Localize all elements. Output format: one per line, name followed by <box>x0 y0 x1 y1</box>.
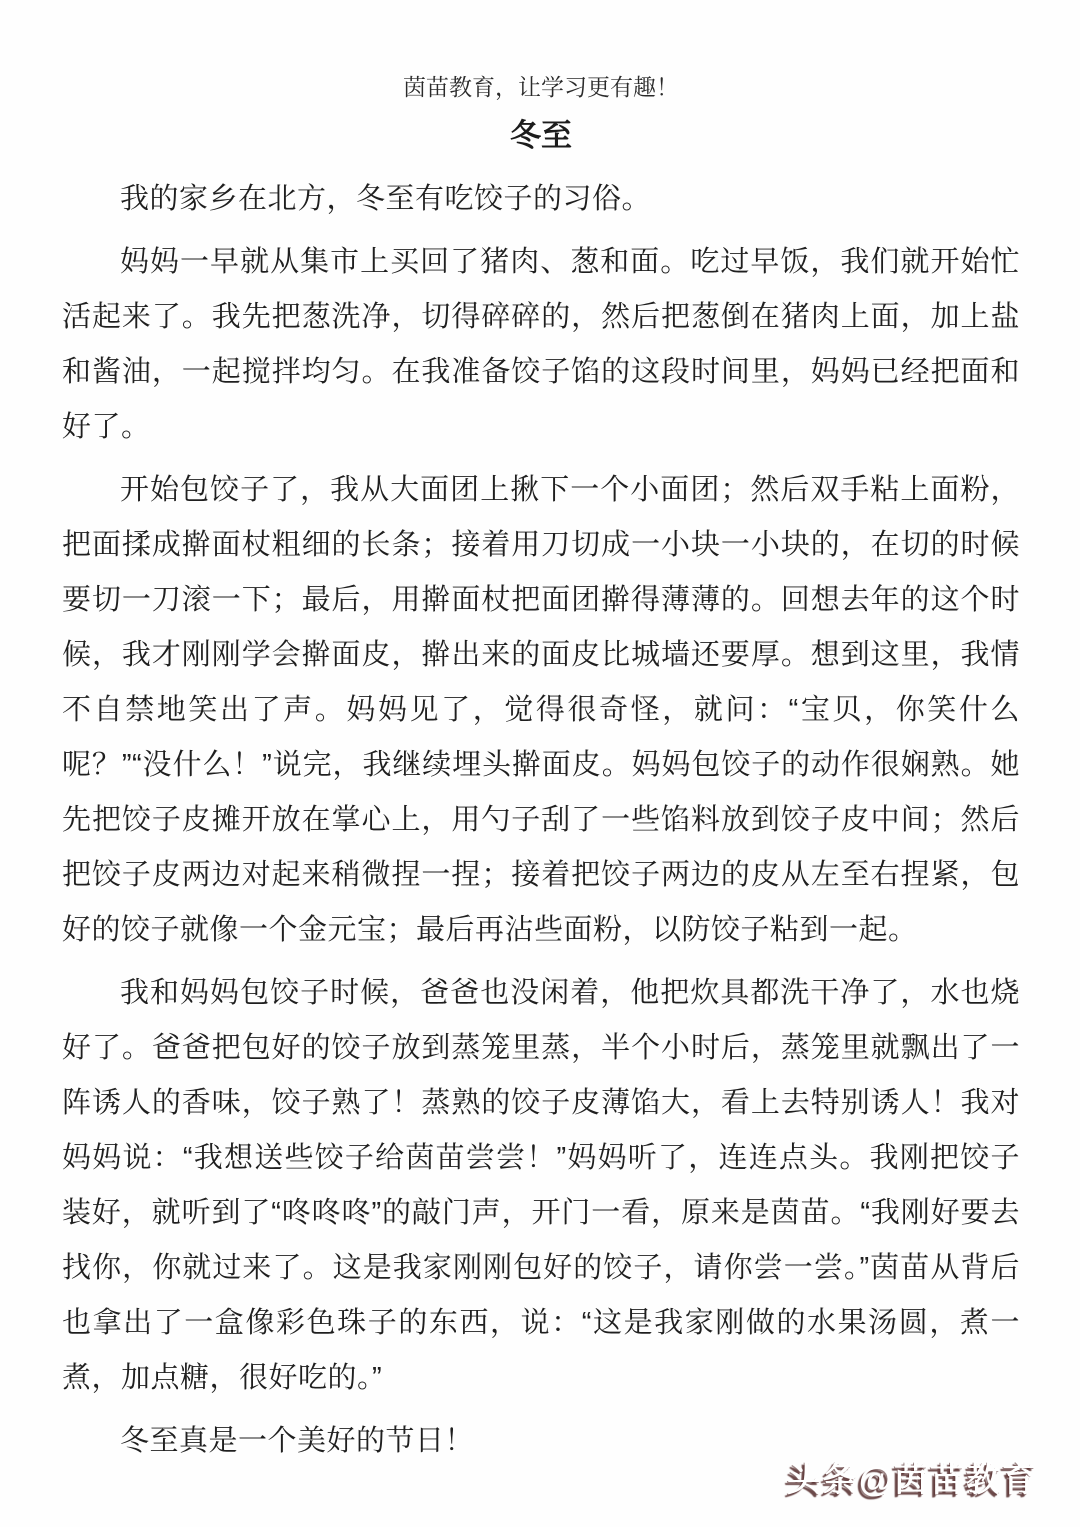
essay-body: 我的家乡在北方，冬至有吃饺子的习俗。 妈妈一早就从集市上买回了猪肉、葱和面。吃过… <box>62 172 1020 1469</box>
essay-title: 冬至 <box>62 114 1020 158</box>
toutiao-watermark: 头条@茵苗教育 <box>787 1452 1038 1501</box>
paragraph-intro: 我的家乡在北方，冬至有吃饺子的习俗。 <box>62 172 1020 227</box>
paragraph-preparation: 妈妈一早就从集市上买回了猪肉、葱和面。吃过早饭，我们就开始忙活起来了。我先把葱洗… <box>62 235 1020 455</box>
paragraph-making-dumplings: 开始包饺子了，我从大面团上揪下一个小面团；然后双手粘上面粉，把面揉成擀面杖粗细的… <box>62 463 1020 958</box>
document-page: 茵苗教育，让学习更有趣！ 冬至 我的家乡在北方，冬至有吃饺子的习俗。 妈妈一早就… <box>0 0 1080 1527</box>
site-tagline: 茵苗教育，让学习更有趣！ <box>62 72 1020 104</box>
paragraph-steaming-and-visit: 我和妈妈包饺子时候，爸爸也没闲着，他把炊具都洗干净了，水也烧好了。爸爸把包好的饺… <box>62 966 1020 1406</box>
